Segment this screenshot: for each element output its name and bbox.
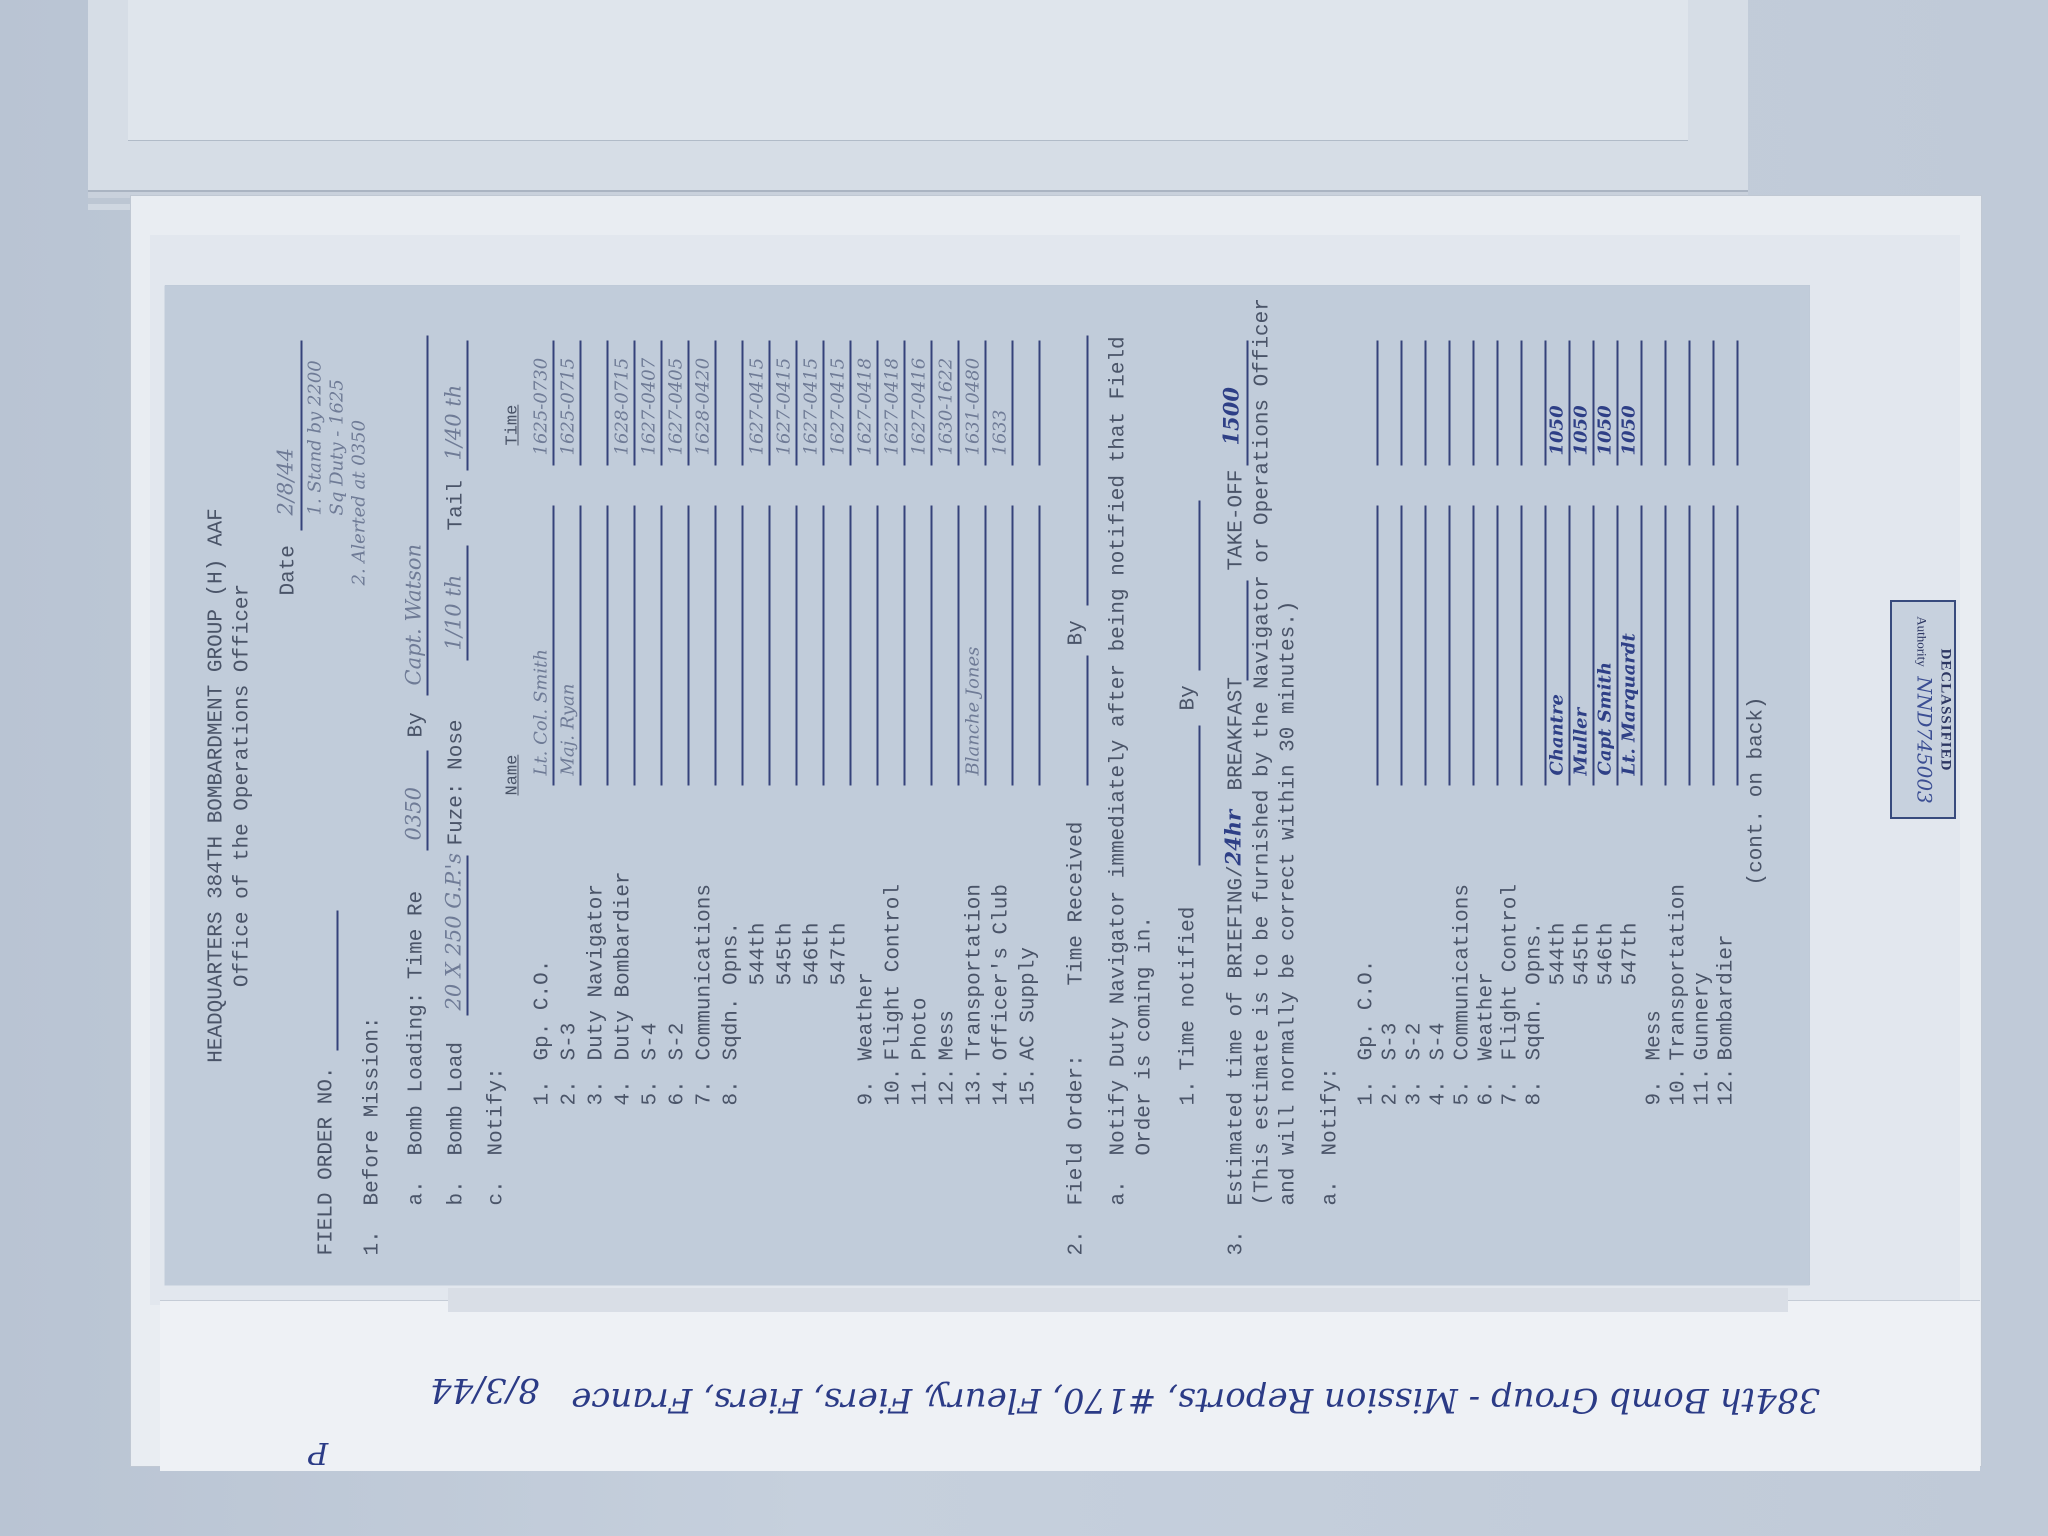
list-item-name: Blanche Jones: [961, 647, 987, 776]
fuze-nose-value: 1/10 th: [441, 575, 467, 651]
list-item-name: Maj. Ryan: [556, 684, 582, 776]
list-item-time: 1627-0415: [772, 358, 798, 456]
list-item-label: Photo: [909, 997, 935, 1060]
takeoff-time: 1500: [1219, 387, 1245, 445]
list-item-number: 8.: [720, 1080, 746, 1105]
list-item-number: 9.: [1643, 1080, 1669, 1105]
list-item-label: Mess: [936, 1010, 962, 1060]
list-item-number: 11.: [909, 1068, 935, 1106]
list-item-number: 5.: [639, 1080, 665, 1105]
list-item-number: 3.: [1403, 1080, 1429, 1105]
list-item-name: Lt. Marquardt: [1617, 633, 1643, 775]
list-item-label: 546th: [801, 922, 827, 985]
list-item-label: Transportation: [963, 884, 989, 1060]
list-item-label: 547th: [1619, 922, 1645, 985]
annotation-3: 2. Alerted at 0350: [347, 420, 373, 586]
list-item-label: 547th: [828, 922, 854, 985]
list-item-label: Communications: [1451, 884, 1477, 1060]
list-item-label: S-2: [666, 1023, 692, 1061]
list-item-label: Gp. C.O.: [531, 960, 557, 1061]
list-item-label: Flight Control: [882, 884, 908, 1060]
date-value: 2/8/44: [273, 448, 299, 516]
list-item-number: 6.: [1475, 1080, 1501, 1105]
list-item-label: 545th: [1571, 922, 1597, 985]
list-item-number: 8.: [1523, 1080, 1549, 1105]
name-header: Name: [501, 755, 527, 796]
list-item-label: AC Supply: [1017, 947, 1043, 1060]
header-line2: Office of the Operations Officer: [231, 286, 257, 1286]
list-item-number: 2.: [558, 1080, 584, 1105]
time-header: Time: [501, 405, 527, 446]
list-item-label: Officer's Club: [990, 884, 1016, 1060]
list-item-name: Capt Smith: [1593, 662, 1619, 775]
list-item-number: 9.: [855, 1080, 881, 1105]
list-item-name: Muller: [1569, 708, 1595, 776]
list-item-label: S-3: [558, 1023, 584, 1061]
date-label: Date: [277, 545, 303, 595]
list-item-time: 1627-0405: [664, 358, 690, 456]
list-item-number: 13.: [963, 1068, 989, 1106]
list-item-number: 15.: [1017, 1068, 1043, 1106]
field-order-label: FIELD ORDER NO.: [315, 1066, 341, 1255]
list-item-time: 1627-0416: [907, 358, 933, 456]
list-item-number: 6.: [666, 1080, 692, 1105]
list-item-time: 1050: [1593, 405, 1619, 455]
bomb-load-value: 20 X 250 G.P.'s: [441, 853, 467, 1011]
list-item-label: Gp. C.O.: [1355, 960, 1381, 1061]
list-item-time: 1625-0715: [556, 358, 582, 456]
list-item-number: 11.: [1691, 1068, 1717, 1106]
list-item-label: 544th: [1547, 922, 1573, 985]
list-item-label: 545th: [774, 922, 800, 985]
list-item-label: S-2: [1403, 1023, 1429, 1061]
continued-note: (cont. on back): [1745, 696, 1771, 885]
list-item-time: 1633: [988, 410, 1014, 456]
list-item-label: Mess: [1643, 1010, 1669, 1060]
list-item-number: 4.: [612, 1080, 638, 1105]
list-item-label: Gunnery: [1691, 972, 1717, 1060]
list-item-label: Weather: [1475, 972, 1501, 1060]
list-item-label: 544th: [747, 922, 773, 985]
bomb-loading-time: 0350: [401, 787, 427, 840]
list-item-number: 5.: [1451, 1080, 1477, 1105]
list-item-label: Duty Bombardier: [612, 871, 638, 1060]
list-item-label: S-3: [1379, 1023, 1405, 1061]
list-item-number: 12.: [936, 1068, 962, 1106]
document-sheet: HEADQUARTERS 384TH BOMBARDMENT GROUP (H)…: [165, 285, 1810, 1285]
list-item-time: 1627-0418: [853, 358, 879, 456]
list-item-time: 1631-0480: [961, 358, 987, 456]
list-item-label: Duty Navigator: [585, 884, 611, 1060]
bomb-loading-by: Capt. Watson: [401, 544, 427, 685]
briefing-time: 24hr: [1221, 810, 1247, 866]
tape: [448, 1288, 1788, 1312]
list-item-number: 10.: [1667, 1068, 1693, 1106]
list-item-number: 7.: [1499, 1080, 1525, 1105]
list-item-time: 1050: [1617, 405, 1643, 455]
list-item-name: Lt. Col. Smith: [529, 649, 555, 775]
list-item-number: 14.: [990, 1068, 1016, 1106]
list-item-number: 12.: [1715, 1068, 1741, 1106]
list-item-label: S-4: [1427, 1023, 1453, 1061]
folder-label-text: 384th Bomb Group - Mission Reports, #170…: [420, 1370, 1820, 1420]
list-item-time: 1625-0730: [529, 358, 555, 456]
list-item-time: 1627-0407: [637, 358, 663, 456]
list-item-label: Transportation: [1667, 884, 1693, 1060]
list-item-number: 10.: [882, 1068, 908, 1106]
list-item-label: S-4: [639, 1023, 665, 1061]
page-mark: P: [308, 1435, 328, 1470]
list-item-label: Flight Control: [1499, 884, 1525, 1060]
list-item-time: 1627-0415: [826, 358, 852, 456]
list-item-number: 2.: [1379, 1080, 1405, 1105]
list-item-label: Sqdn. Opns.: [720, 922, 746, 1061]
paper-stack: [88, 0, 1748, 192]
list-item-number: 1.: [1355, 1080, 1381, 1105]
list-item-label: Communications: [693, 884, 719, 1060]
list-item-number: 7.: [693, 1080, 719, 1105]
declassified-stamp: DECLASSIFIED Authority NND745003: [1890, 600, 1956, 819]
list-item-time: 1627-0415: [799, 358, 825, 456]
list-item-name: Chantre: [1545, 694, 1571, 775]
header-line1: HEADQUARTERS 384TH BOMBARDMENT GROUP (H)…: [205, 286, 231, 1286]
list-item-label: Bombardier: [1715, 934, 1741, 1060]
list-item-time: 1630-1622: [934, 358, 960, 456]
list-item-time: 1627-0418: [880, 358, 906, 456]
list-item-time: 1628-0715: [610, 358, 636, 456]
list-item-time: 1050: [1569, 405, 1595, 455]
list-item-label: 546th: [1595, 922, 1621, 985]
list-item-time: 1627-0415: [745, 358, 771, 456]
list-item-number: 3.: [585, 1080, 611, 1105]
list-item-time: 1050: [1545, 405, 1571, 455]
list-item-number: 4.: [1427, 1080, 1453, 1105]
field-order-document: HEADQUARTERS 384TH BOMBARDMENT GROUP (H)…: [165, 286, 1810, 1286]
list-item-time: 1628-0420: [691, 358, 717, 456]
folder-label-date: 8/3/44: [430, 1370, 539, 1410]
fuze-tail-value: 1/40 th: [441, 385, 467, 461]
list-item-label: Sqdn. Opns.: [1523, 922, 1549, 1061]
section1-title: Before Mission:: [361, 1016, 387, 1205]
list-item-label: Weather: [855, 972, 881, 1060]
list-item-number: 1.: [531, 1080, 557, 1105]
